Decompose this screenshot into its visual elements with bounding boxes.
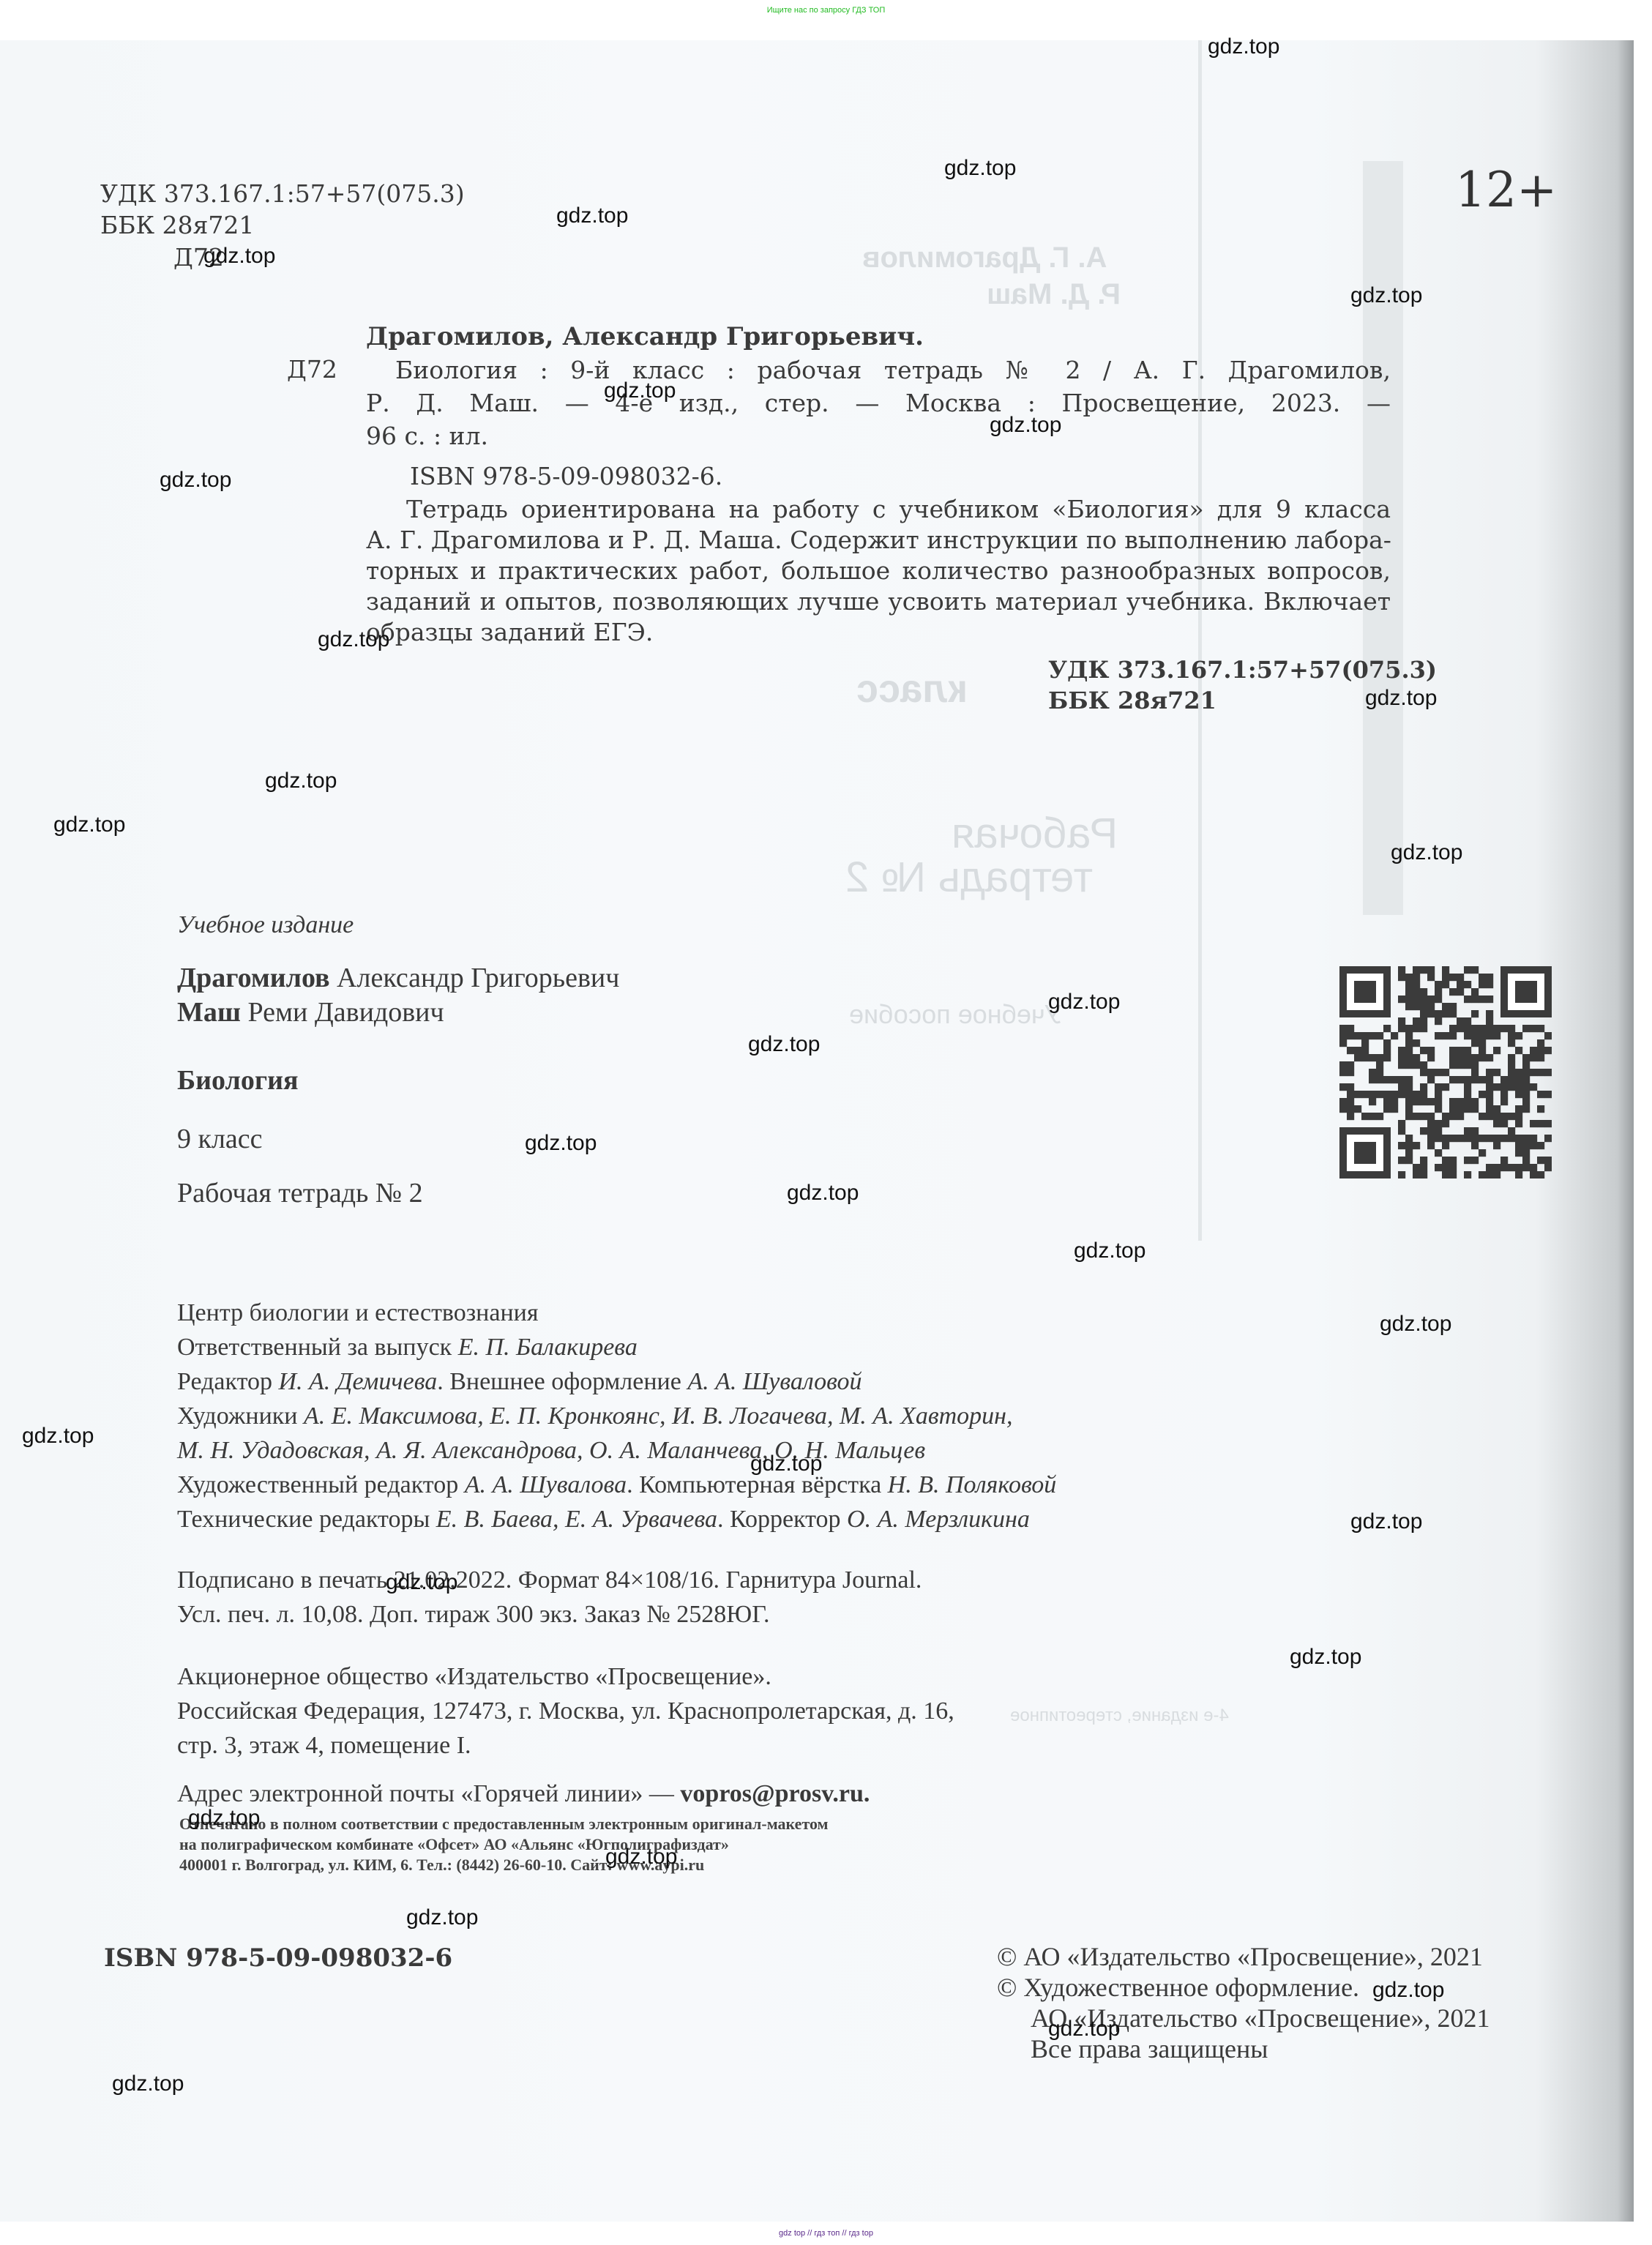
scanned-page: А. Г. Драгомилов Р. Д. Маш класс Рабочая… [0,40,1634,2222]
watermark-text: gdz.top [112,2072,184,2096]
credit-role: . Внешнее оформление [437,1368,687,1395]
annotation-line-2: А. Г. Драгомилова и Р. Д. Маша. Содержит… [366,525,1391,555]
watermark-text: gdz.top [265,769,337,793]
author-1-given: Александр Григорьевич [337,963,619,993]
watermark-text: gdz.top [944,156,1016,181]
credit-name: О. А. Мерзликина [847,1506,1030,1533]
watermark-text: gdz.top [750,1452,822,1476]
age-rating: 12+ [1455,165,1557,216]
book-subtitle: Рабочая тетрадь № 2 [177,1176,423,1211]
catalog-isbn: ISBN 978-5-09-098032-6. [410,461,722,491]
catalog-author-heading: Драгомилов, Александр Григорьевич. [366,322,924,351]
watermark-text: gdz.top [188,1806,260,1831]
watermark-text: gdz.top [1372,1978,1444,2003]
watermark-text: gdz.top [1290,1645,1361,1670]
watermark-text: gdz.top [53,813,125,837]
bleed-authors-2: Р. Д. Маш [987,278,1121,311]
watermark-text: gdz.top [1380,1312,1451,1337]
watermark-text: gdz.top [604,378,676,403]
hotline-label: Адрес электронной почты «Горячей линии» … [177,1780,680,1807]
annotation-line-5: образцы заданий ЕГЭ. [366,617,653,647]
watermark-text: gdz.top [1208,34,1279,59]
catalog-author-sign: Д72 [287,355,337,384]
watermark-text: gdz.top [556,203,628,228]
credit-name: И. А. Демичева [278,1368,437,1395]
catalog-udk: УДК 373.167.1:57+57(075.3) [1048,655,1437,684]
annotation-line-3: торных и практических работ, большое кол… [366,556,1391,586]
watermark-text: gdz.top [160,468,231,493]
publisher-2: Российская Федерация, 127473, г. Москва,… [177,1694,954,1728]
bleed-edition: 4-е издание, стереотипное [1010,1706,1229,1726]
watermark-text: gdz.top [386,1570,457,1595]
udk-code: УДК 373.167.1:57+57(075.3) [100,179,465,209]
author-2: Маш Реми Давидович [177,996,444,1030]
catalog-bib-line-2: Р. Д. Маш. — 4-е изд., стер. — Москва : … [366,388,1391,418]
bleed-workbook-2: тетрадь № 2 [845,853,1093,902]
catalog-bib-line-1: Биология : 9-й класс : рабочая тетрадь №… [395,355,1391,385]
watermark-text: gdz.top [787,1181,859,1206]
watermark-text: gdz.top [406,1905,478,1930]
bleed-workbook-1: Рабочая [952,809,1118,858]
credit-name: А. А. Шувалова [465,1471,627,1498]
credits-line: Технические редакторы Е. В. Баева, Е. А.… [177,1502,1056,1536]
watermark-text: gdz.top [748,1032,820,1057]
credit-role: Технические редакторы [177,1506,436,1533]
bottom-banner: gdz top // гдз топ // гдз top [0,2222,1652,2245]
watermark-text: gdz.top [1350,1509,1422,1534]
author-1-surname: Драгомилов [177,963,330,993]
book-grade: 9 класс [177,1122,263,1157]
qr-code-icon[interactable] [1339,966,1552,1178]
credits-line: Художники А. Е. Максимова, Е. П. Кронкоя… [177,1399,1056,1433]
credit-name: А. Е. Максимова, Е. П. Кронкоянс, И. В. … [304,1402,1013,1430]
credit-role: Редактор [177,1368,278,1395]
credits-line: Редактор И. А. Демичева. Внешнее оформле… [177,1364,1056,1399]
edition-type: Учебное издание [177,908,354,942]
watermark-text: gdz.top [1350,283,1422,308]
watermark-text: gdz.top [1365,686,1437,711]
credits-line: М. Н. Удадовская, А. Я. Александрова, О.… [177,1433,1056,1468]
watermark-text: gdz.top [22,1424,94,1449]
credit-name: А. А. Шуваловой [687,1368,861,1395]
credit-role: Центр биологии и естествознания [177,1299,539,1326]
publisher-1: Акционерное общество «Издательство «Прос… [177,1659,771,1694]
watermark-text: gdz.top [990,413,1061,438]
copyright-1: © АО «Издательство «Просвещение», 2021 [997,1940,1483,1974]
credits-line: Ответственный за выпуск Е. П. Балакирева [177,1330,1056,1364]
annotation-line-1: Тетрадь ориентирована на работу с учебни… [406,494,1391,524]
author-2-surname: Маш [177,997,241,1028]
bleed-grade: класс [856,666,968,711]
credit-role: . Корректор [717,1506,847,1533]
credits-line: Художественный редактор А. А. Шувалова. … [177,1468,1056,1502]
watermark-text: gdz.top [318,627,389,652]
copyright-2: © Художественное оформление. [997,1971,1359,2005]
top-banner: Ищите нас по запросу ГДЗ ТОП [0,0,1652,29]
credits: Центр биологии и естествознанияОтветстве… [177,1296,1056,1536]
print-info-1: Подписано в печать 21.02.2022. Формат 84… [177,1563,922,1597]
credit-name: Е. П. Балакирева [458,1334,638,1361]
catalog-bib-line-3: 96 с. : ил. [366,421,488,451]
watermark-text: gdz.top [1391,840,1462,865]
credit-role: Художественный редактор [177,1471,465,1498]
hotline-email: vopros@prosv.ru. [680,1780,870,1807]
bbk-code: ББК 28я721 [100,211,254,240]
bleed-rule [1198,40,1202,1241]
watermark-text: gdz.top [203,244,275,269]
catalog-bbk: ББК 28я721 [1048,686,1216,715]
credit-role: Ответственный за выпуск [177,1334,458,1361]
hotline: Адрес электронной почты «Горячей линии» … [177,1777,870,1811]
book-title: Биология [177,1064,299,1098]
author-2-given: Реми Давидович [247,997,444,1028]
watermark-text: gdz.top [1048,2017,1120,2042]
bleed-manual: Учебное пособие [849,999,1061,1030]
printer-1: Отпечатано в полном соответствии с предо… [179,1814,829,1834]
credit-name: Н. В. Поляковой [888,1471,1057,1498]
credit-name: Е. В. Баева, Е. А. Урвачева [436,1506,717,1533]
annotation-line-4: заданий и опытов, позволяющих лучше усво… [366,586,1391,616]
bleed-authors-1: А. Г. Драгомилов [862,242,1107,274]
watermark-text: gdz.top [1048,990,1120,1015]
credits-line: Центр биологии и естествознания [177,1296,1056,1330]
watermark-text: gdz.top [525,1131,597,1156]
credit-role: Художники [177,1402,304,1430]
print-info-2: Усл. печ. л. 10,08. Доп. тираж 300 экз. … [177,1597,770,1632]
author-1: Драгомилов Александр Григорьевич [177,961,619,996]
watermark-text: gdz.top [1074,1239,1145,1263]
publisher-3: стр. 3, этаж 4, помещение I. [177,1728,471,1763]
watermark-text: gdz.top [605,1845,677,1869]
footer-isbn: ISBN 978-5-09-098032-6 [104,1943,452,1973]
